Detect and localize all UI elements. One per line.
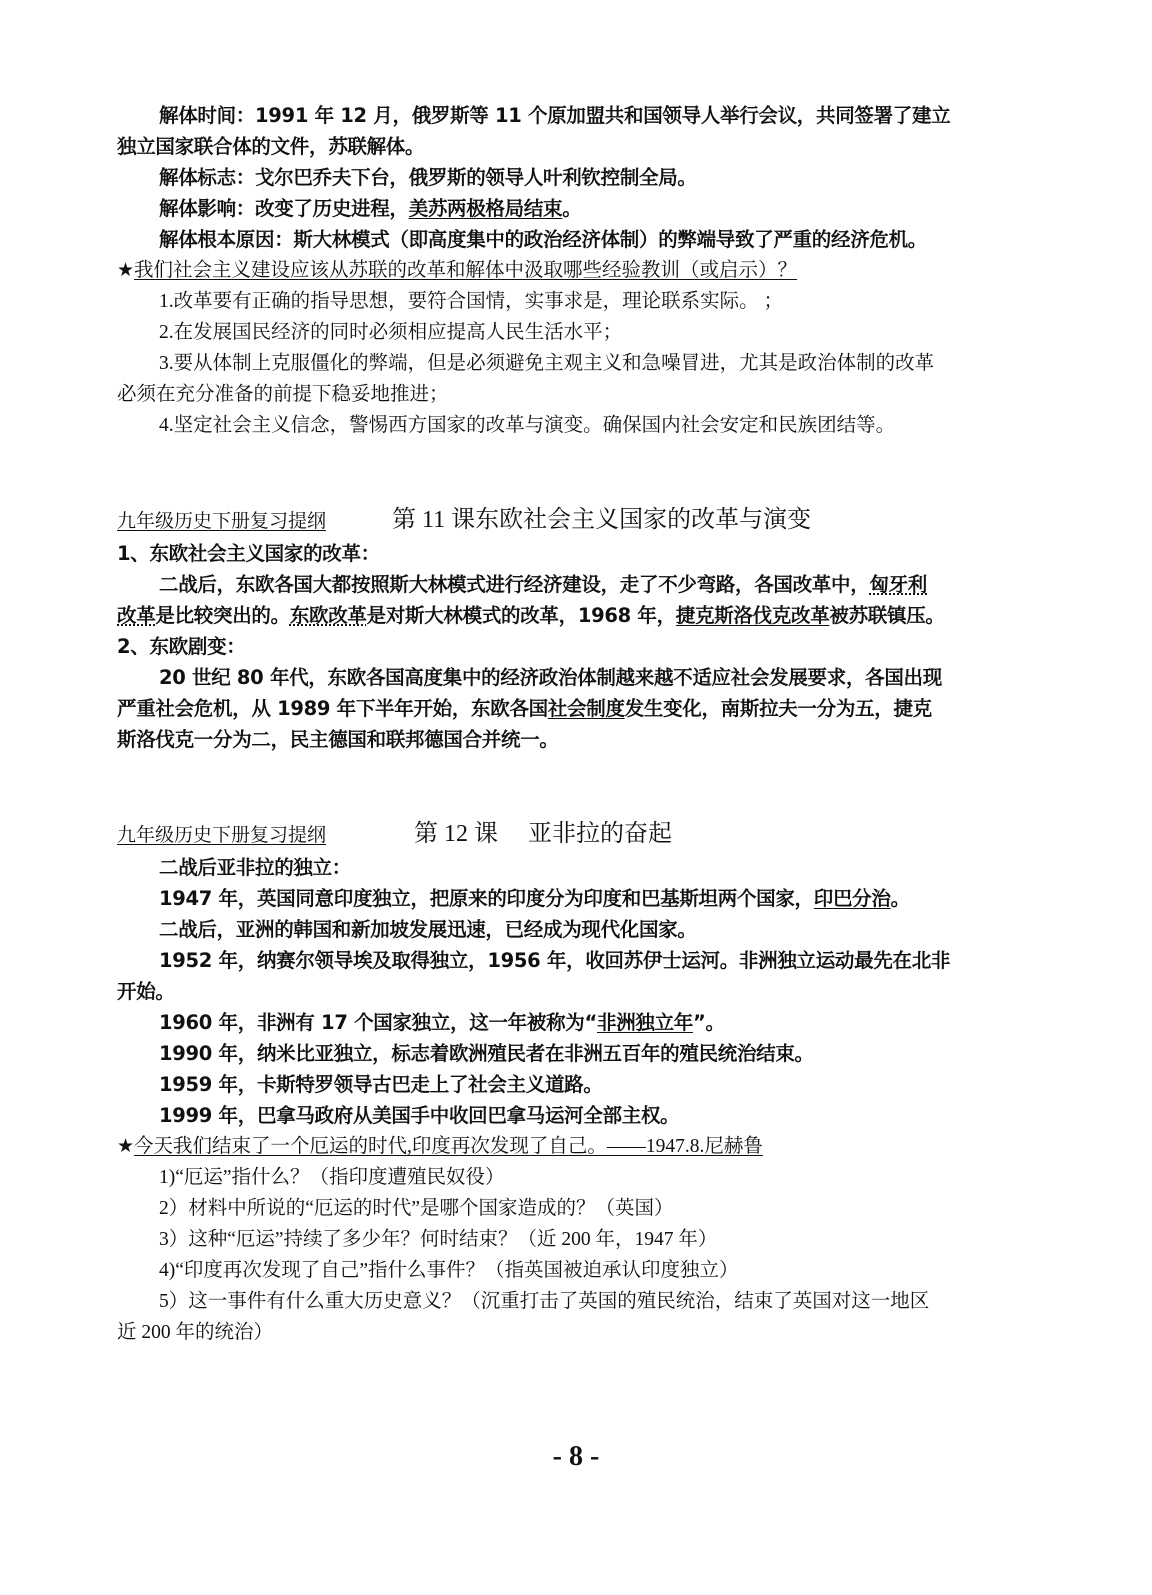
- star-icon: ★: [117, 259, 134, 281]
- dissolution-section: 解体时间：1991 年 12 月，俄罗斯等 11 个原加盟共和国领导人举行会议，…: [117, 100, 1017, 255]
- nehru-quote-section: ★今天我们结束了一个厄运的时代,印度再次发现了自己。——1947.8.尼赫鲁 1…: [117, 1131, 1017, 1348]
- czech-reform: 捷克斯洛伐克改革: [676, 604, 830, 627]
- text: 。: [891, 887, 910, 910]
- text: 被苏联镇压。: [829, 604, 944, 627]
- lesson-12-l3: 1952 年，纳赛尔领导埃及取得独立，1956 年，收回苏伊士运河。非洲独立运动…: [117, 945, 1017, 976]
- dissolution-time-cont: 独立国家联合体的文件，苏联解体。: [117, 131, 1017, 162]
- hungary-reform: 匈牙利: [869, 573, 927, 596]
- dissolution-sign: 解体标志：戈尔巴乔夫下台，俄罗斯的领导人叶利钦控制全局。: [117, 162, 1017, 193]
- social-system: 社会制度: [548, 697, 625, 720]
- lesson-11-p2-line3: 斯洛伐克一分为二，民主德国和联邦德国合并统一。: [117, 724, 1017, 755]
- east-europe-reform: 东欧改革: [290, 604, 367, 627]
- lessons-answer-4: 4.坚定社会主义信念，警惕西方国家的改革与演变。确保国内社会安定和民族团结等。: [117, 410, 1017, 441]
- lessons-answer-1: 1.改革要有正确的指导思想，要符合国情，实事求是，理论联系实际。 ；: [117, 286, 1017, 317]
- dissolution-time: 解体时间：1991 年 12 月，俄罗斯等 11 个原加盟共和国领导人举行会议，…: [117, 100, 1017, 131]
- nehru-quote-text: 今天我们结束了一个厄运的时代,印度再次发现了自己。——1947.8.尼赫鲁: [134, 1136, 763, 1157]
- hungary-reform-cont: 改革: [117, 604, 155, 627]
- course-title: 九年级历史下册复习提纲: [117, 818, 326, 852]
- lesson-title: 第 11 课东欧社会主义国家的改革与演变: [392, 503, 811, 537]
- nehru-qa-1: 1)“厄运”指什么？（指印度遭殖民奴役）: [117, 1162, 1017, 1193]
- dissolution-cause-text: 斯大林模式（即高度集中的政治经济体制）的弊端导致了严重的经济危机。: [293, 228, 927, 251]
- nehru-qa-4: 4)“印度再次发现了自己”指什么事件？（指英国被迫承认印度独立）: [117, 1255, 1017, 1286]
- text: 1960 年，非洲有 17 个国家独立，这一年被称为“: [159, 1011, 597, 1034]
- lesson-12-l1: 1947 年，英国同意印度独立，把原来的印度分为印度和巴基斯坦两个国家，印巴分治…: [117, 883, 1017, 914]
- lesson-12-l7: 1999 年，巴拿马政府从美国手中收回巴拿马运河全部主权。: [117, 1100, 1017, 1131]
- text: 是对斯大林模式的改革，1968 年，: [367, 604, 676, 627]
- lessons-question: ★我们社会主义建设应该从苏联的改革和解体中汲取哪些经验教训（或启示）？: [117, 255, 1017, 286]
- lessons-answer-3: 3.要从体制上克服僵化的弊端，但是必须避免主观主义和急噪冒进，尤其是政治体制的改…: [117, 348, 1017, 379]
- dissolution-sign-label: 解体标志：: [159, 166, 255, 189]
- spacer: [117, 755, 1017, 817]
- lessons-question-section: ★我们社会主义建设应该从苏联的改革和解体中汲取哪些经验教训（或启示）？ 1.改革…: [117, 255, 1017, 441]
- lesson-11-section: 九年级历史下册复习提纲 第 11 课东欧社会主义国家的改革与演变 1、东欧社会主…: [117, 503, 1017, 755]
- nehru-quote: ★今天我们结束了一个厄运的时代,印度再次发现了自己。——1947.8.尼赫鲁: [117, 1131, 1017, 1162]
- lesson-12-section: 九年级历史下册复习提纲 第 12 课 亚非拉的奋起 二战后亚非拉的独立： 194…: [117, 817, 1017, 1131]
- star-icon: ★: [117, 1135, 134, 1157]
- text: 发生变化，南斯拉夫一分为五，捷克: [625, 697, 932, 720]
- nehru-qa-5-cont: 近 200 年的统治）: [117, 1317, 1017, 1348]
- lessons-answer-3-cont: 必须在充分准备的前提下稳妥地推进；: [117, 379, 1017, 410]
- nehru-qa-2: 2）材料中所说的“厄运的时代”是哪个国家造成的？（英国）: [117, 1193, 1017, 1224]
- lesson-11-p2-line2: 严重社会危机，从 1989 年下半年开始，东欧各国社会制度发生变化，南斯拉夫一分…: [117, 693, 1017, 724]
- africa-independence-year: 非洲独立年: [597, 1011, 693, 1034]
- dissolution-impact-label: 解体影响：: [159, 197, 255, 220]
- text: 是比较突出的。: [155, 604, 289, 627]
- lesson-title: 第 12 课 亚非拉的奋起: [414, 817, 672, 851]
- document-page: 解体时间：1991 年 12 月，俄罗斯等 11 个原加盟共和国领导人举行会议，…: [117, 100, 1017, 1348]
- lessons-question-text: 我们社会主义建设应该从苏联的改革和解体中汲取哪些经验教训（或启示）？: [134, 260, 797, 281]
- lesson-11-heading-2: 2、东欧剧变：: [117, 631, 1017, 662]
- text: 严重社会危机，从 1989 年下半年开始，东欧各国: [117, 697, 548, 720]
- lesson-11-p1-line1: 二战后，东欧各国大都按照斯大林模式进行经济建设，走了不少弯路，各国改革中，匈牙利: [117, 569, 1017, 600]
- lesson-11-p2-line1: 20 世纪 80 年代，东欧各国高度集中的经济政治体制越来越不适应社会发展要求，…: [117, 662, 1017, 693]
- lesson-12-l5: 1990 年，纳米比亚独立，标志着欧洲殖民者在非洲五百年的殖民统治结束。: [117, 1038, 1017, 1069]
- dissolution-time-label: 解体时间：: [159, 104, 255, 127]
- dissolution-impact: 解体影响：改变了历史进程，美苏两极格局结束。: [117, 193, 1017, 224]
- lesson-12-l6: 1959 年，卡斯特罗领导古巴走上了社会主义道路。: [117, 1069, 1017, 1100]
- text: 1947 年，英国同意印度独立，把原来的印度分为印度和巴基斯坦两个国家，: [159, 887, 814, 910]
- punctuation: 。: [562, 197, 581, 220]
- lesson-12-l3-cont: 开始。: [117, 976, 1017, 1007]
- lesson-12-header: 九年级历史下册复习提纲 第 12 课 亚非拉的奋起: [117, 817, 1017, 852]
- text: 二战后，东欧各国大都按照斯大林模式进行经济建设，走了不少弯路，各国改革中，: [159, 573, 869, 596]
- dissolution-impact-key: 美苏两极格局结束: [409, 197, 563, 220]
- nehru-qa-5: 5）这一事件有什么重大历史意义？（沉重打击了英国的殖民统治，结束了英国对这一地区: [117, 1286, 1017, 1317]
- india-partition: 印巴分治: [814, 887, 891, 910]
- dissolution-cause-label: 解体根本原因：: [159, 228, 293, 251]
- lesson-11-header: 九年级历史下册复习提纲 第 11 课东欧社会主义国家的改革与演变: [117, 503, 1017, 538]
- dissolution-cause: 解体根本原因：斯大林模式（即高度集中的政治经济体制）的弊端导致了严重的经济危机。: [117, 224, 1017, 255]
- nehru-qa-3: 3）这种“厄运”持续了多少年？何时结束？（近 200 年，1947 年）: [117, 1224, 1017, 1255]
- lessons-answer-2: 2.在发展国民经济的同时必须相应提高人民生活水平；: [117, 317, 1017, 348]
- dissolution-time-text: 1991 年 12 月，俄罗斯等 11 个原加盟共和国领导人举行会议，共同签署了…: [255, 104, 950, 127]
- lesson-11-heading-1: 1、东欧社会主义国家的改革：: [117, 538, 1017, 569]
- lesson-12-heading: 二战后亚非拉的独立：: [117, 852, 1017, 883]
- lesson-12-l4: 1960 年，非洲有 17 个国家独立，这一年被称为“非洲独立年”。: [117, 1007, 1017, 1038]
- dissolution-impact-text: 改变了历史进程，: [255, 197, 409, 220]
- text: ”。: [693, 1011, 725, 1034]
- spacer: [117, 441, 1017, 503]
- page-number: - 8 -: [0, 1441, 1152, 1473]
- lesson-12-l2: 二战后，亚洲的韩国和新加坡发展迅速，已经成为现代化国家。: [117, 914, 1017, 945]
- lesson-11-p1-line2: 改革是比较突出的。东欧改革是对斯大林模式的改革，1968 年，捷克斯洛伐克改革被…: [117, 600, 1017, 631]
- course-title: 九年级历史下册复习提纲: [117, 504, 326, 538]
- dissolution-sign-text: 戈尔巴乔夫下台，俄罗斯的领导人叶利钦控制全局。: [255, 166, 697, 189]
